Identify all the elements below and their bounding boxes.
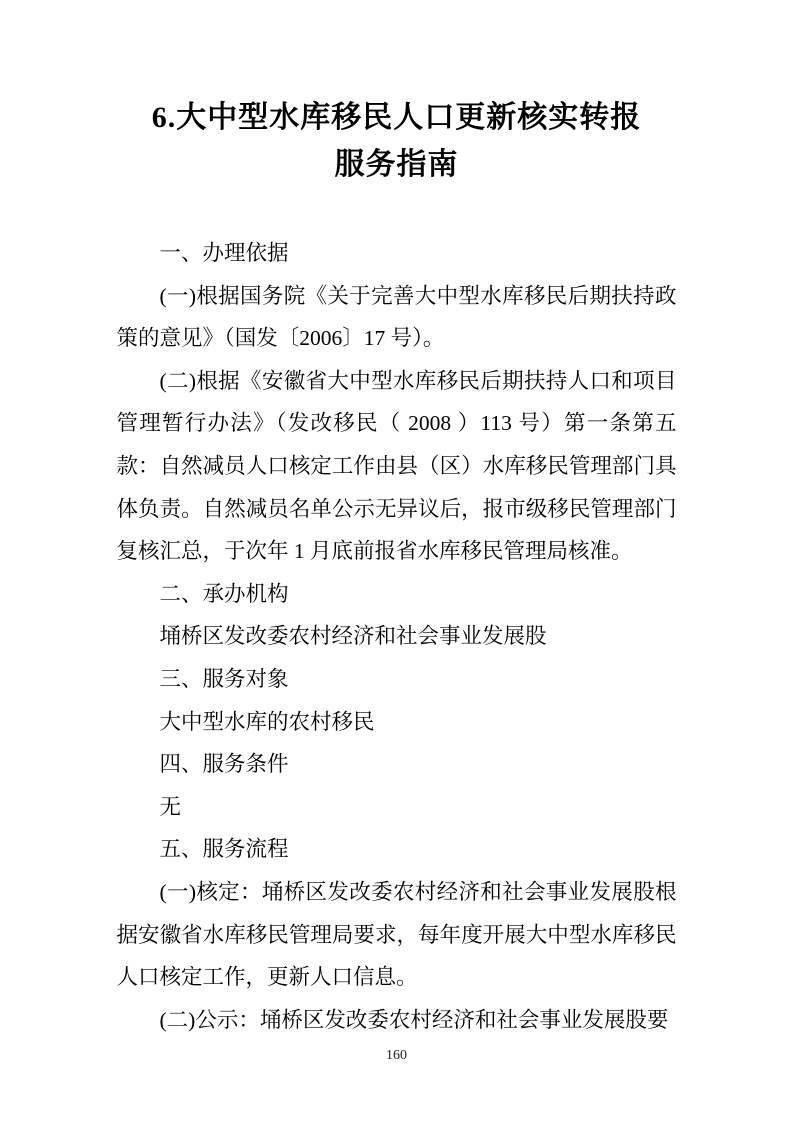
paragraph-target: 大中型水库的农村移民: [117, 701, 677, 744]
page-number: 160: [0, 1048, 793, 1064]
paragraph-process-step-1: (一)核定：埇桥区发改委农村经济和社会事业发展股根据安徽省水库移民管理局要求，每…: [117, 871, 677, 999]
document-title: 6.大中型水库移民人口更新核实转报 服务指南: [0, 0, 793, 188]
document-title-line-1: 6.大中型水库移民人口更新核实转报: [0, 94, 793, 141]
document-title-line-2: 服务指南: [0, 141, 793, 188]
paragraph-basis-item-1: (一)根据国务院《关于完善大中型水库移民后期扶持政策的意见》（国发〔2006〕1…: [117, 275, 677, 360]
paragraph-agency: 埇桥区发改委农村经济和社会事业发展股: [117, 615, 677, 658]
section-heading-target: 三、服务对象: [117, 658, 677, 701]
section-heading-basis: 一、办理依据: [117, 232, 677, 275]
section-heading-conditions: 四、服务条件: [117, 743, 677, 786]
document-body: 一、办理依据 (一)根据国务院《关于完善大中型水库移民后期扶持政策的意见》（国发…: [117, 232, 677, 1041]
paragraph-conditions: 无: [117, 786, 677, 829]
document-page: 6.大中型水库移民人口更新核实转报 服务指南 一、办理依据 (一)根据国务院《关…: [0, 0, 793, 1122]
paragraph-basis-item-2: (二)根据《安徽省大中型水库移民后期扶持人口和项目管理暂行办法》（发改移民（ 2…: [117, 360, 677, 573]
section-heading-process: 五、服务流程: [117, 828, 677, 871]
section-heading-agency: 二、承办机构: [117, 573, 677, 616]
paragraph-process-step-2: (二)公示：埇桥区发改委农村经济和社会事业发展股要: [117, 999, 677, 1042]
